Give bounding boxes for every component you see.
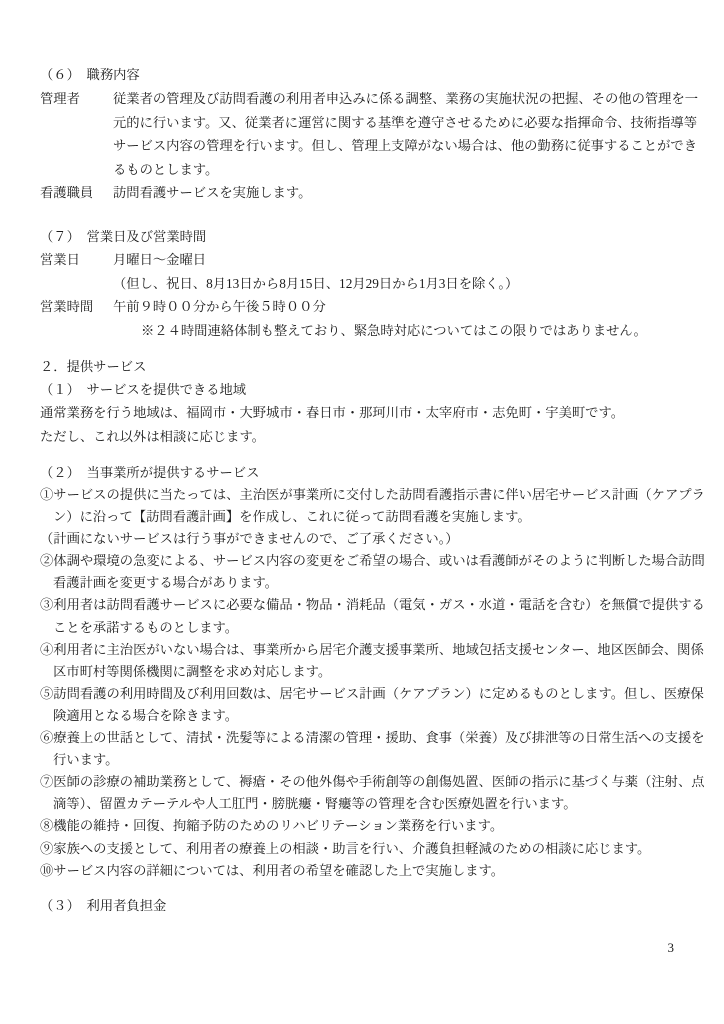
section-heading-2-services: ２．提供サービス [40, 355, 690, 379]
section-heading-7-business-hours: （７） 営業日及び営業時間 [40, 225, 690, 249]
definition-term: 看護職員 [40, 181, 113, 205]
text-line: ⑤訪問看護の利用時間及び利用回数は、居宅サービス計画（ケアプラン）に定めるものと… [40, 683, 690, 705]
text-line: ④利用者に主治医がいない場合は、事業所から居宅介護支援事業所、地域包括支援センタ… [40, 639, 690, 661]
section-heading-6-duties: （６） 職務内容 [40, 63, 690, 87]
text-line: ⑧機能の維持・回復、拘縮予防のためのリハビリテーション業務を行います。 [40, 815, 690, 837]
definition-description: 従業者の管理及び訪問看護の利用者申込みに係る調整、業務の実施状況の把握、その他の… [113, 87, 690, 181]
section-heading-2-3-user-fees: （３） 利用者負担金 [40, 894, 690, 918]
text-line: （但し、祝日、8月13日から8月15日、12月29日から1月3日を除く。） [113, 272, 690, 296]
text-line: ことを承諾するものとします。 [40, 617, 690, 639]
definition-description: 月曜日～金曜日（但し、祝日、8月13日から8月15日、12月29日から1月3日を… [113, 248, 690, 295]
text-line: 従業者の管理及び訪問看護の利用者申込みに係る調整、業務の実施状況の把握、その他の… [113, 87, 690, 111]
service-area-paragraph: 通常業務を行う地域は、福岡市・大野城市・春日市・那珂川市・太宰府市・志免町・宇美… [40, 401, 690, 448]
definition-row: 営業日月曜日～金曜日（但し、祝日、8月13日から8月15日、12月29日から1月… [40, 248, 690, 295]
definition-row: 看護職員訪問看護サービスを実施します。 [40, 181, 690, 205]
definition-description: 午前９時００分から午後５時００分※２４時間連絡体制も整えており、緊急時対応につい… [113, 295, 690, 342]
definition-term: 管理者 [40, 87, 113, 111]
definition-term: 営業時間 [40, 295, 113, 319]
definition-term: 営業日 [40, 248, 113, 272]
text-line: ⑦医師の診療の補助業務として、褥瘡・その他外傷や手術創等の創傷処置、医師の指示に… [40, 771, 690, 793]
text-line: （７） 営業日及び営業時間 [40, 225, 690, 249]
section-heading-2-1-service-area: （１） サービスを提供できる地域 [40, 378, 690, 402]
text-line: （２） 当事業所が提供するサービス [40, 461, 690, 485]
text-line: 区市町村等関係機関に調整を求め対応します。 [40, 661, 690, 683]
text-line: 午前９時００分から午後５時００分 [113, 295, 690, 319]
text-line: ※２４時間連絡体制も整えており、緊急時対応についてはこの限りではありません。 [113, 319, 690, 343]
definition-description: 訪問看護サービスを実施します。 [113, 181, 690, 205]
text-line: ン）に沿って【訪問看護計画】を作成し、これに従って訪問看護を実施します。 [40, 506, 690, 528]
definition-row: 営業時間午前９時００分から午後５時００分※２４時間連絡体制も整えており、緊急時対… [40, 295, 690, 342]
text-line: サービス内容の管理を行います。但し、管理上支障がない場合は、他の勤務に従事するこ… [113, 134, 690, 158]
text-line: ⑥療養上の世話として、清拭・洗髪等による清潔の管理・援助、食事（栄養）及び排泄等… [40, 727, 690, 749]
text-line: ②体調や環境の急変による、サービス内容の変更をご希望の場合、或いは看護師がそのよ… [40, 550, 690, 572]
text-line: 行います。 [40, 749, 690, 771]
text-line: ⑩サービス内容の詳細については、利用者の希望を確認した上で実施します。 [40, 860, 690, 882]
page-number: 3 [668, 936, 675, 959]
text-line: ③利用者は訪問看護サービスに必要な備品・物品・消耗品（電気・ガス・水道・電話を含… [40, 594, 690, 616]
text-line: （３） 利用者負担金 [40, 894, 690, 918]
text-line: ２．提供サービス [40, 355, 690, 379]
text-line: 滴等）、留置カテーテルや人工肛門・膀胱瘻・腎瘻等の管理を含む医療処置を行います。 [40, 793, 690, 815]
text-line: 訪問看護サービスを実施します。 [113, 181, 690, 205]
text-line: 月曜日～金曜日 [113, 248, 690, 272]
text-line: 険適用となる場合を除きます。 [40, 705, 690, 727]
duties-definition-list: 管理者従業者の管理及び訪問看護の利用者申込みに係る調整、業務の実施状況の把握、そ… [40, 87, 690, 205]
text-line: （６） 職務内容 [40, 63, 690, 87]
provided-services-list: ①サービスの提供に当たっては、主治医が事業所に交付した訪問看護指示書に伴い居宅サ… [40, 484, 690, 882]
text-line: 看護計画を変更する場合があります。 [40, 572, 690, 594]
definition-row: 管理者従業者の管理及び訪問看護の利用者申込みに係る調整、業務の実施状況の把握、そ… [40, 87, 690, 181]
text-line: ただし、これ以外は相談に応じます。 [40, 425, 690, 449]
text-line: るものとします。 [113, 158, 690, 182]
text-line: 元的に行います。又、従業者に運営に関する基準を遵守させるために必要な指揮命令、技… [113, 111, 690, 135]
business-hours-definition-list: 営業日月曜日～金曜日（但し、祝日、8月13日から8月15日、12月29日から1月… [40, 248, 690, 342]
text-line: ①サービスの提供に当たっては、主治医が事業所に交付した訪問看護指示書に伴い居宅サ… [40, 484, 690, 506]
text-line: 通常業務を行う地域は、福岡市・大野城市・春日市・那珂川市・太宰府市・志免町・宇美… [40, 401, 690, 425]
document-page: （６） 職務内容管理者従業者の管理及び訪問看護の利用者申込みに係る調整、業務の実… [0, 0, 724, 1024]
text-line: ⑨家族への支援として、利用者の療養上の相談・助言を行い、介護負担軽減のための相談… [40, 838, 690, 860]
text-line: （１） サービスを提供できる地域 [40, 378, 690, 402]
section-heading-2-2-provided-services: （２） 当事業所が提供するサービス [40, 461, 690, 485]
text-line: （計画にないサービスは行う事ができませんので、ご了承ください。） [40, 528, 690, 550]
